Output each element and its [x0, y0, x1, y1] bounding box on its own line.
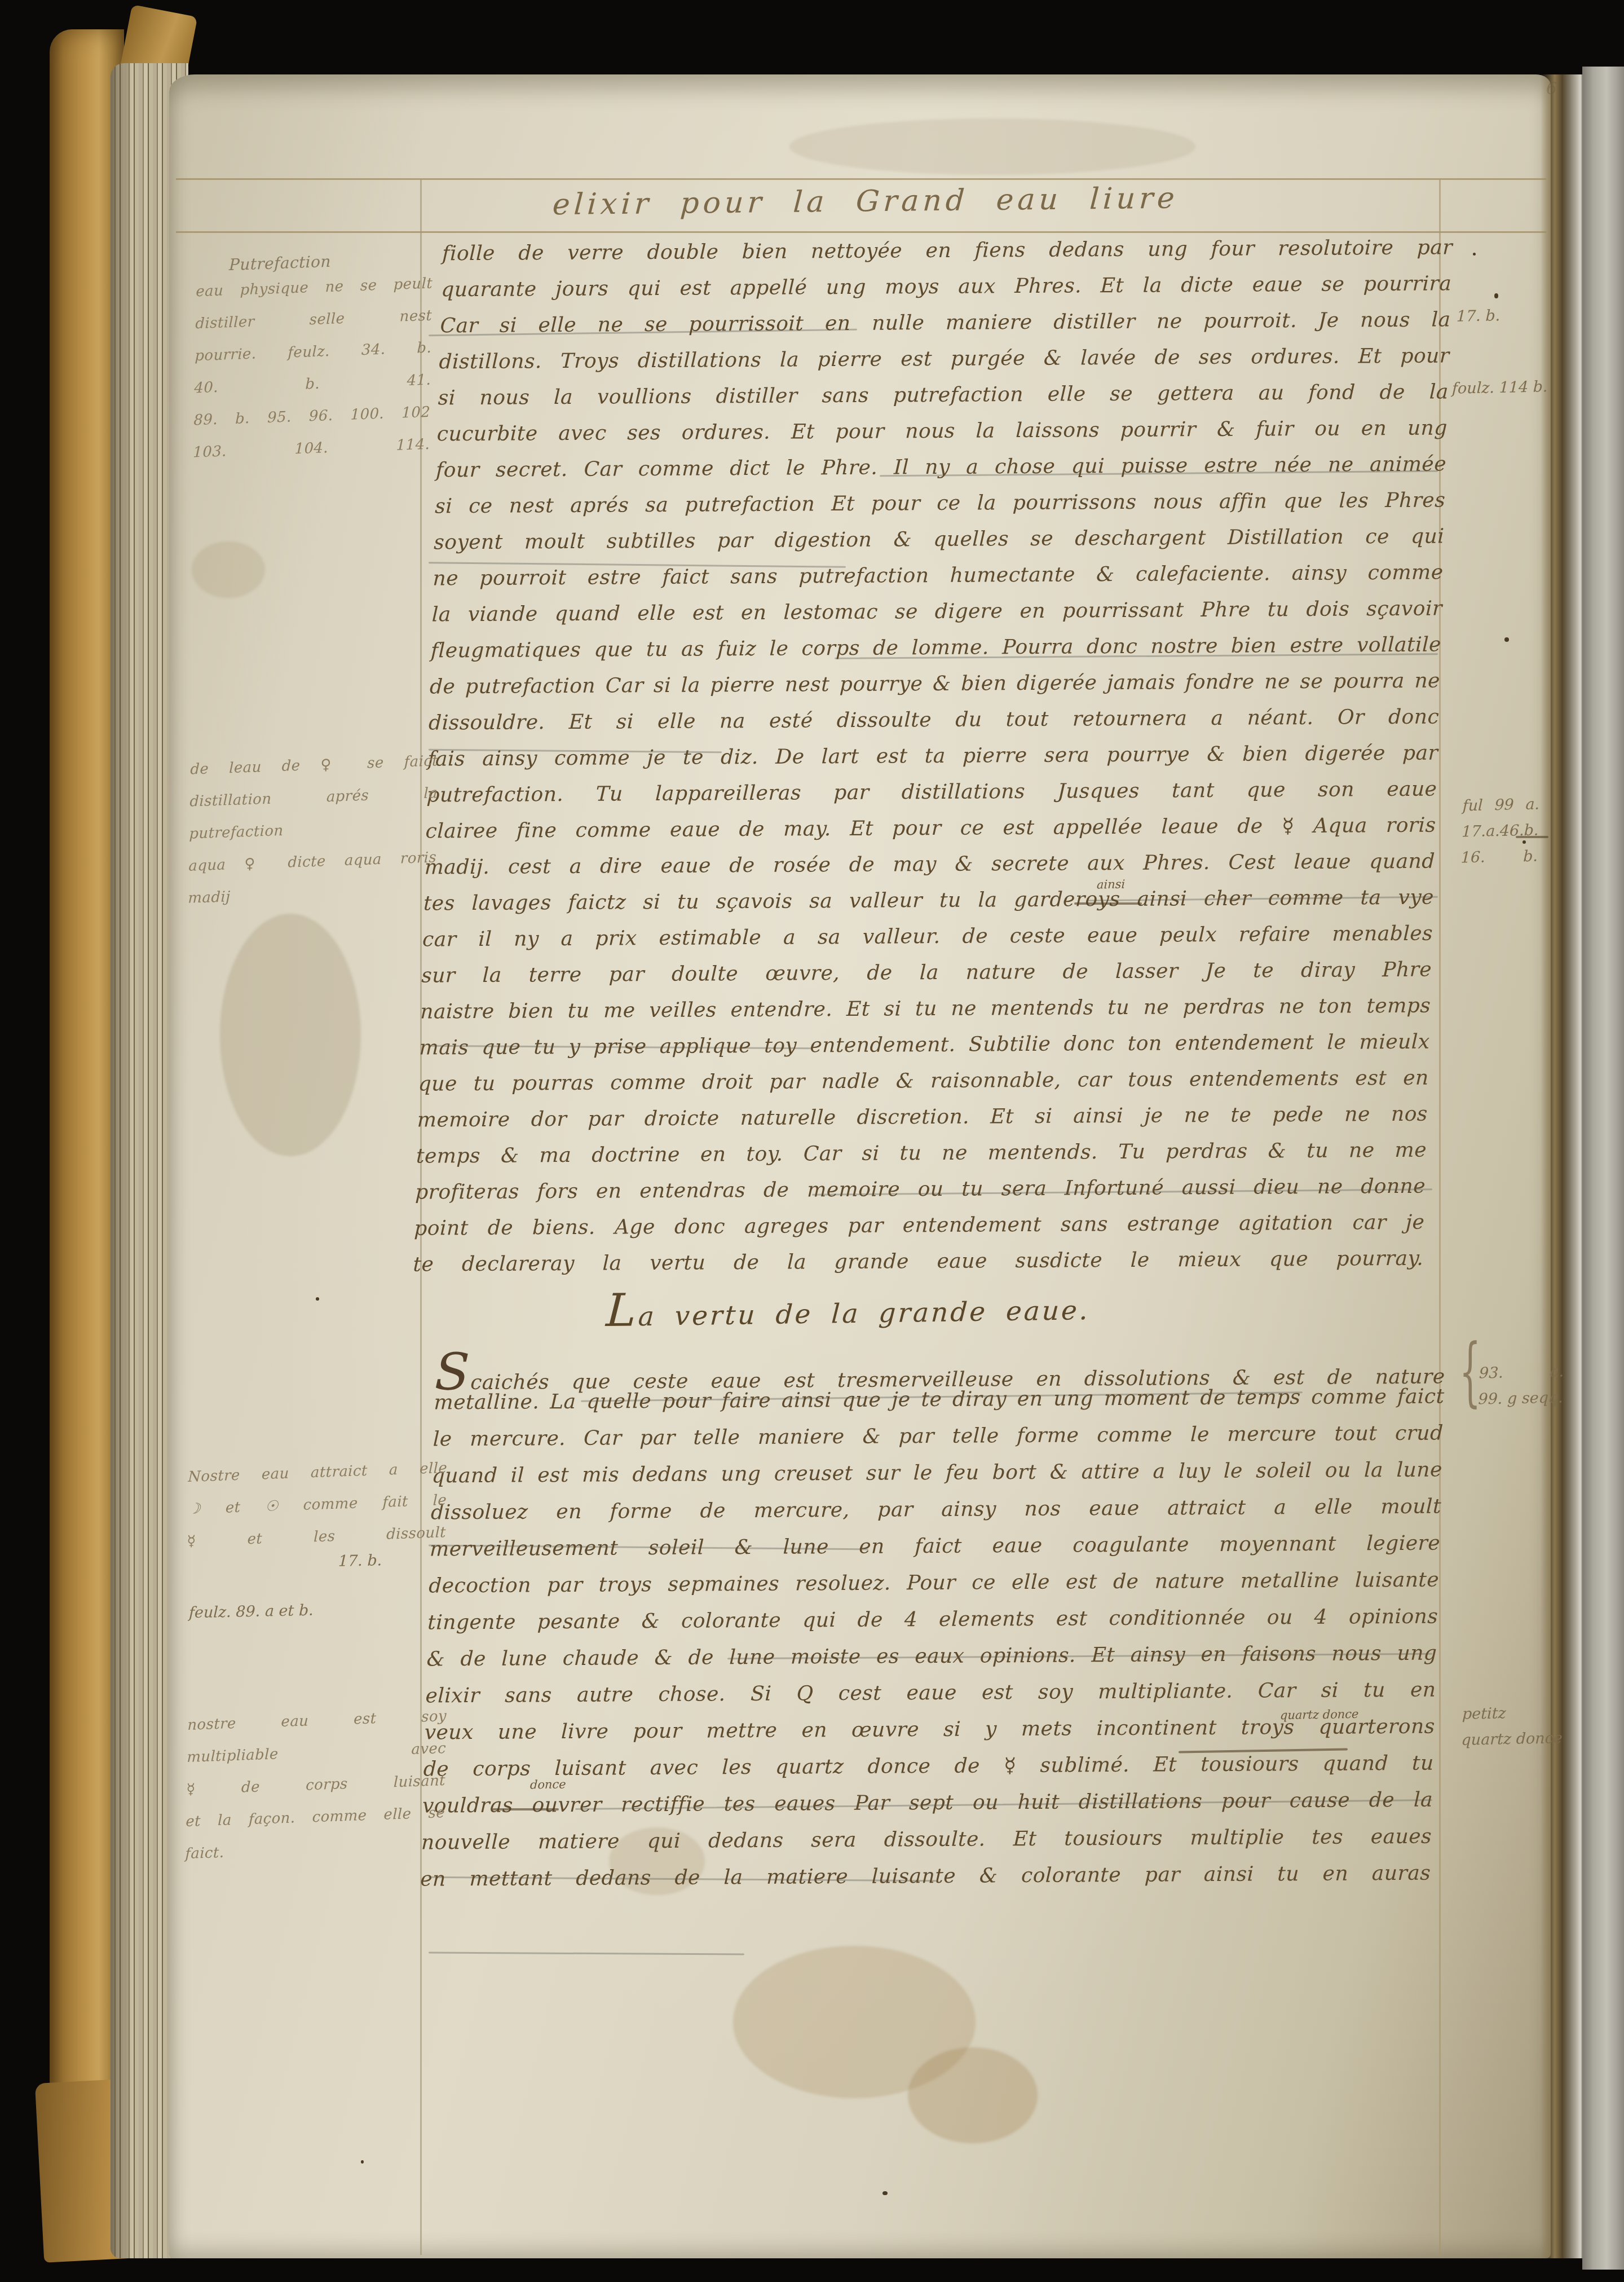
manuscript-line: Car si elle ne se pourrissoit en nulle m… [439, 308, 1451, 350]
body-block-2: Scaichés que ceste eaue est tresmerveill… [420, 1348, 1446, 1904]
manuscript-line: fleugmatiques que tu as fuiz le corps de… [430, 633, 1442, 675]
foxing-speck [1494, 293, 1498, 298]
manuscript-line: 16. b. [1460, 848, 1538, 875]
manuscript-line: quand il est mis dedans ung creuset sur … [431, 1458, 1443, 1501]
margin-note-lines: eau physique ne se peultdistiller selle … [193, 275, 433, 476]
manuscript-line: & de lune chaude & de lune moiste es eau… [426, 1642, 1437, 1685]
manuscript-line: ful 99 a. [1462, 796, 1540, 823]
margin-ref: feulz. 89. a et b. [189, 1602, 314, 1622]
top-rule-line [176, 178, 1546, 180]
manuscript-line: Scaichés que ceste eaue est tresmerveill… [434, 1348, 1446, 1391]
body-block-1: fiolle de verre double bien nettoyée en … [412, 236, 1453, 1289]
margin-note-lines: Nostre eau attraict a elle☽ et ☉ comme f… [187, 1460, 448, 1565]
manuscript-line: petitz [1462, 1703, 1564, 1732]
manuscript-line: mais que tu y prise applique toy entende… [418, 1030, 1430, 1073]
gutter-binding [1541, 74, 1582, 2258]
manuscript-line: de putrefaction Car si la pierre nest po… [429, 669, 1441, 711]
margin-ref-group: ful 99 a.17.a.46.b.16. b. [1460, 796, 1540, 875]
foxing-speck [361, 2160, 364, 2164]
manuscript-line: ne pourroit estre faict sans putrefactio… [432, 561, 1444, 603]
manuscript-line: quartz donce [1461, 1729, 1563, 1757]
interlinear-note: ainsi [1097, 878, 1126, 892]
margin-ref: 17. b. [338, 1552, 382, 1570]
manuscript-line: dissoluez en forme de mercure, par ainsy… [430, 1495, 1442, 1538]
manuscript-line: si nous la voullions distiller sans putr… [438, 380, 1449, 422]
manuscript-line: four secret. Car comme dict le Phre. Il … [435, 452, 1447, 495]
manuscript-line: naistre bien tu me veilles entendre. Et … [420, 994, 1431, 1037]
manuscript-line: fais ainsy comme je te diz. De lart est … [427, 742, 1438, 784]
manuscript-line: quarante jours qui est appellé ung moys … [440, 272, 1452, 314]
manuscript-line: que tu pourras comme droit par nadle & r… [417, 1067, 1429, 1109]
foxing-speck [1473, 253, 1476, 255]
manuscript-line: metalline. La quelle pour faire ainsi qu… [433, 1385, 1445, 1428]
manuscript-line: distillons. Troys distillations la pierr… [438, 344, 1450, 386]
manuscript-line: memoire dor par droicte naturelle discre… [417, 1103, 1428, 1145]
manuscript-line: decoction par troys sepmaines resoluez. … [428, 1569, 1440, 1611]
foxing-speck [316, 1297, 319, 1301]
folio-number: 6 [1546, 79, 1557, 99]
manuscript-line: car il ny a prix estimable a sa valleur.… [422, 922, 1433, 964]
margin-ref: foulz. 114 b. [1452, 378, 1548, 398]
manuscript-line: madij. cest a dire eaue de rosée de may … [424, 850, 1436, 892]
manuscript-line: nouvelle matiere qui dedans sera dissoul… [421, 1825, 1432, 1868]
manuscript-photo: 6 elixir pour la Grand eau liure fiolle … [0, 0, 1624, 2282]
interlinear-note: donce [530, 1777, 567, 1791]
manuscript-line: soyent moult subtilles par digestion & q… [433, 525, 1445, 567]
stain-spot [789, 118, 1195, 175]
manuscript-line: en mettant dedans de la matiere luisante… [420, 1862, 1431, 1905]
margin-ref-group: 93. a.99. g seqq. [1478, 1363, 1564, 1416]
manuscript-line: la viande quand elle est en lestomac se … [431, 597, 1442, 639]
interlinear-note: quartz donce [1280, 1707, 1359, 1722]
manuscript-line: cucurbite avec ses ordures. Et pour nous… [436, 416, 1448, 459]
title-underline-rule [176, 231, 1546, 233]
margin-ref: 17. b. [1457, 307, 1501, 325]
strikethrough-mark [492, 1808, 559, 1810]
stain-spot [908, 2047, 1038, 2143]
manuscript-line: putrefaction. Tu lappareilleras par dist… [426, 778, 1437, 820]
manuscript-line: si ce nest aprés sa putrefaction Et pour… [434, 488, 1446, 531]
manuscript-line: le mercure. Car par telle maniere & par … [432, 1421, 1444, 1464]
manuscript-line: fiolle de verre double bien nettoyée en … [442, 236, 1453, 278]
manuscript-line: 93. a. [1479, 1363, 1564, 1390]
manuscript-line: de corps luisant avec les quartz donce d… [423, 1752, 1435, 1795]
margin-note-putrefaction: Putrefaction eau physique ne se peultdis… [193, 248, 434, 476]
manuscript-line: point de biens. Age donc agreges par ent… [413, 1211, 1425, 1253]
margin-note-lines: de leau de ♀ se faictdistillation aprés … [188, 752, 439, 922]
manuscript-line: 99. g seqq. [1478, 1389, 1564, 1416]
margin-note-distillation: de leau de ♀ se faictdistillation aprés … [188, 752, 439, 922]
stain-spot [220, 914, 361, 1156]
manuscript-line: vouldras ouvrer rectiffie tes eaues Par … [422, 1788, 1433, 1831]
manuscript-line: te declareray la vertu de la grande eaue… [412, 1247, 1424, 1289]
manuscript-line: clairee fine comme eaue de may. Et pour … [425, 814, 1436, 856]
manuscript-line: sur la terre par doulte œuvre, de la nat… [421, 958, 1432, 1001]
manuscript-line: tes lavages faictz si tu sçavois sa vall… [423, 886, 1435, 928]
manuscript-line: profiteras fors en entendras de memoire … [414, 1175, 1426, 1217]
manuscript-line: 17.a.46.b. [1461, 822, 1539, 849]
section-heading: La vertu de la grande eaue. [605, 1288, 1091, 1333]
manuscript-line: merveilleusement soleil & lune en faict … [429, 1531, 1441, 1574]
manuscript-line: temps & ma doctrine en toy. Car si tu ne… [416, 1139, 1427, 1181]
margin-note-attraction: Nostre eau attraict a elle☽ et ☉ comme f… [187, 1460, 448, 1565]
strikethrough-mark [1074, 902, 1142, 905]
foxing-speck [1504, 637, 1509, 642]
foxing-speck [882, 2191, 888, 2195]
margin-note-multiplication: nostre eau est soymultipliable avec☿ de … [185, 1708, 447, 1878]
manuscript-line: tingente pesante & colorante qui de 4 el… [427, 1605, 1438, 1648]
margin-ref-group: petitzquartz donce [1461, 1703, 1564, 1757]
stain-spot [192, 541, 265, 598]
manuscript-line: dissouldre. Et si elle na esté dissoulte… [428, 706, 1440, 748]
next-page-sliver [1582, 67, 1624, 2270]
margin-note-lines: nostre eau est soymultipliable avec☿ de … [185, 1708, 447, 1878]
